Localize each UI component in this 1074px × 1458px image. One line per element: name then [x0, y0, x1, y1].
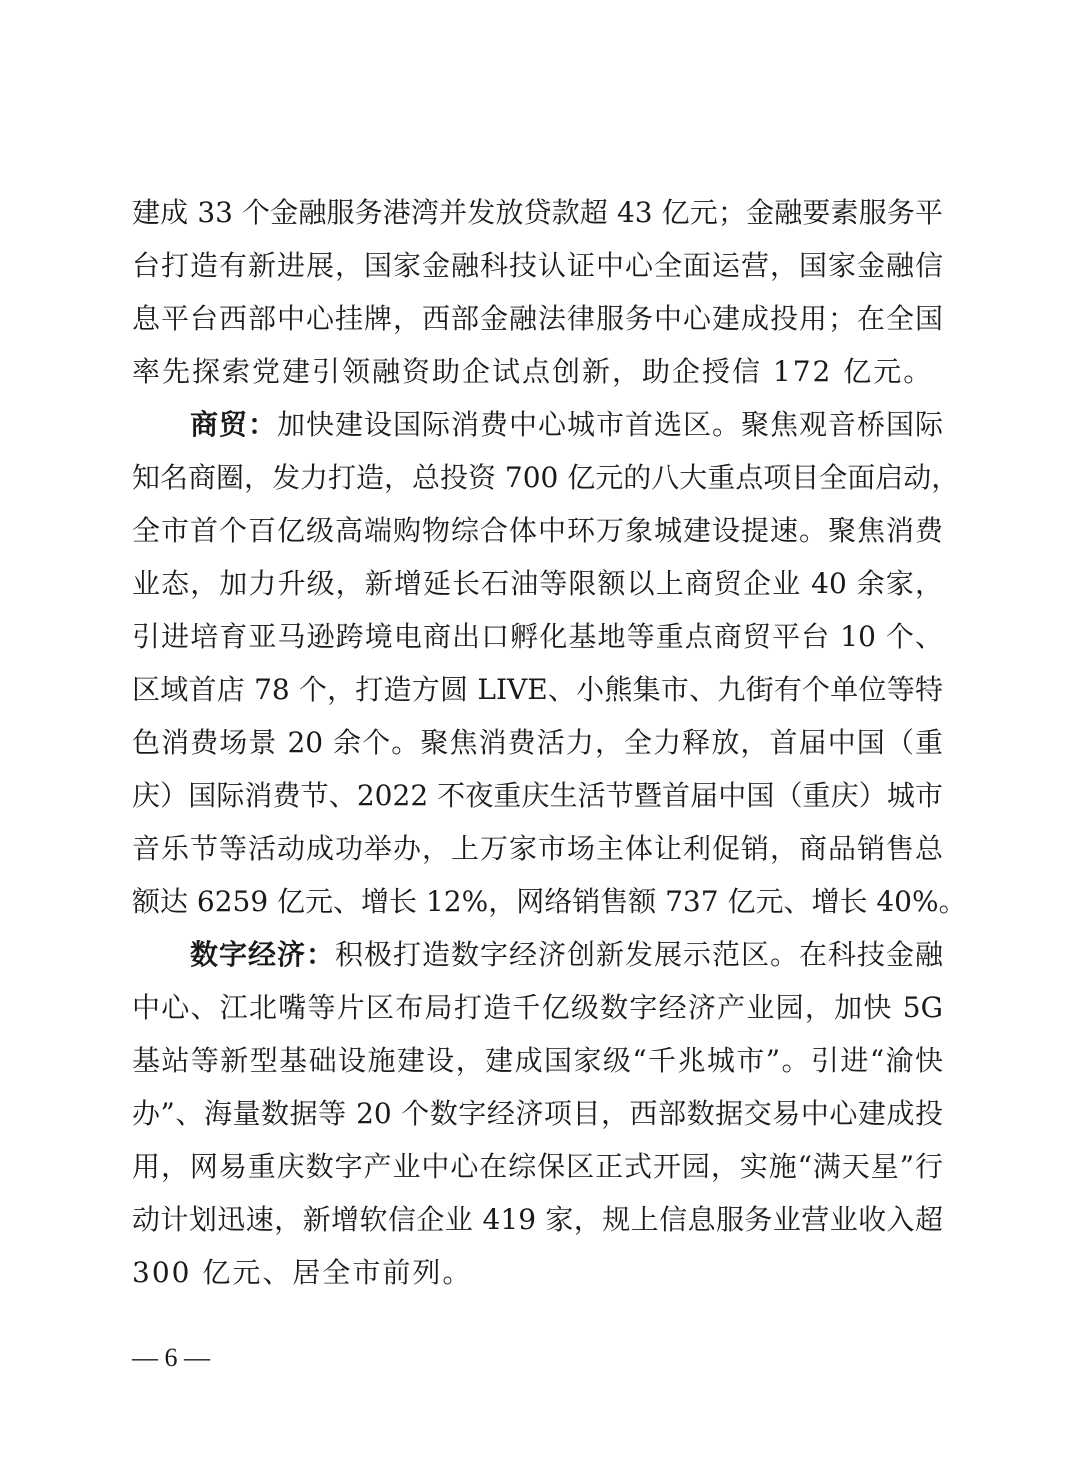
- text-line: 商贸：加快建设国际消费中心城市首选区。聚焦观音桥国际: [132, 398, 943, 451]
- section-heading-digital-economy: 数字经济：: [190, 938, 335, 971]
- text-line: 息平台西部中心挂牌，西部金融法律服务中心建成投用；在全国: [132, 292, 943, 345]
- body-text: 建成 33 个金融服务港湾并发放贷款超 43 亿元；金融要素服务平 台打造有新进…: [132, 186, 943, 1299]
- text-line: 率先探索党建引领融资助企试点创新，助企授信 172 亿元。: [132, 345, 943, 398]
- text-line: 用，网易重庆数字产业中心在综保区正式开园，实施“满天星”行: [132, 1140, 943, 1193]
- text-line: 基站等新型基础设施建设，建成国家级“千兆城市”。引进“渝快: [132, 1034, 943, 1087]
- text-line: 区域首店 78 个，打造方圆 LIVE、小熊集市、九街有个单位等特: [132, 663, 943, 716]
- text-line: 音乐节等活动成功举办，上万家市场主体让利促销，商品销售总: [132, 822, 943, 875]
- document-page: 建成 33 个金融服务港湾并发放贷款超 43 亿元；金融要素服务平 台打造有新进…: [0, 0, 1074, 1458]
- text-line: 业态，加力升级，新增延长石油等限额以上商贸企业 40 余家，: [132, 557, 943, 610]
- text-line: 全市首个百亿级高端购物综合体中环万象城建设提速。聚焦消费: [132, 504, 943, 557]
- paragraph-digital-economy: 数字经济：积极打造数字经济创新发展示范区。在科技金融 中心、江北嘴等片区布局打造…: [132, 928, 943, 1299]
- page-number: — 6 —: [132, 1343, 210, 1373]
- text-line: 办”、海量数据等 20 个数字经济项目，西部数据交易中心建成投: [132, 1087, 943, 1140]
- text-run: 加快建设国际消费中心城市首选区。聚焦观音桥国际: [277, 408, 943, 441]
- text-line: 引进培育亚马逊跨境电商出口孵化基地等重点商贸平台 10 个、: [132, 610, 943, 663]
- text-line: 色消费场景 20 余个。聚焦消费活力，全力释放，首届中国（重: [132, 716, 943, 769]
- paragraph-commerce: 商贸：加快建设国际消费中心城市首选区。聚焦观音桥国际 知名商圈，发力打造，总投资…: [132, 398, 943, 928]
- text-line: 额达 6259 亿元、增长 12%，网络销售额 737 亿元、增长 40%。: [132, 875, 943, 928]
- text-line: 数字经济：积极打造数字经济创新发展示范区。在科技金融: [132, 928, 943, 981]
- text-line: 中心、江北嘴等片区布局打造千亿级数字经济产业园，加快 5G: [132, 981, 943, 1034]
- text-line: 300 亿元、居全市前列。: [132, 1246, 943, 1299]
- text-line: 庆）国际消费节、2022 不夜重庆生活节暨首届中国（重庆）城市: [132, 769, 943, 822]
- text-line: 动计划迅速，新增软信企业 419 家，规上信息服务业营业收入超: [132, 1193, 943, 1246]
- text-run: 积极打造数字经济创新发展示范区。在科技金融: [335, 938, 943, 971]
- text-line: 建成 33 个金融服务港湾并发放贷款超 43 亿元；金融要素服务平: [132, 186, 943, 239]
- text-line: 台打造有新进展，国家金融科技认证中心全面运营，国家金融信: [132, 239, 943, 292]
- text-line: 知名商圈，发力打造，总投资 700 亿元的八大重点项目全面启动，: [132, 451, 943, 504]
- section-heading-commerce: 商贸：: [190, 408, 277, 441]
- paragraph-finance: 建成 33 个金融服务港湾并发放贷款超 43 亿元；金融要素服务平 台打造有新进…: [132, 186, 943, 398]
